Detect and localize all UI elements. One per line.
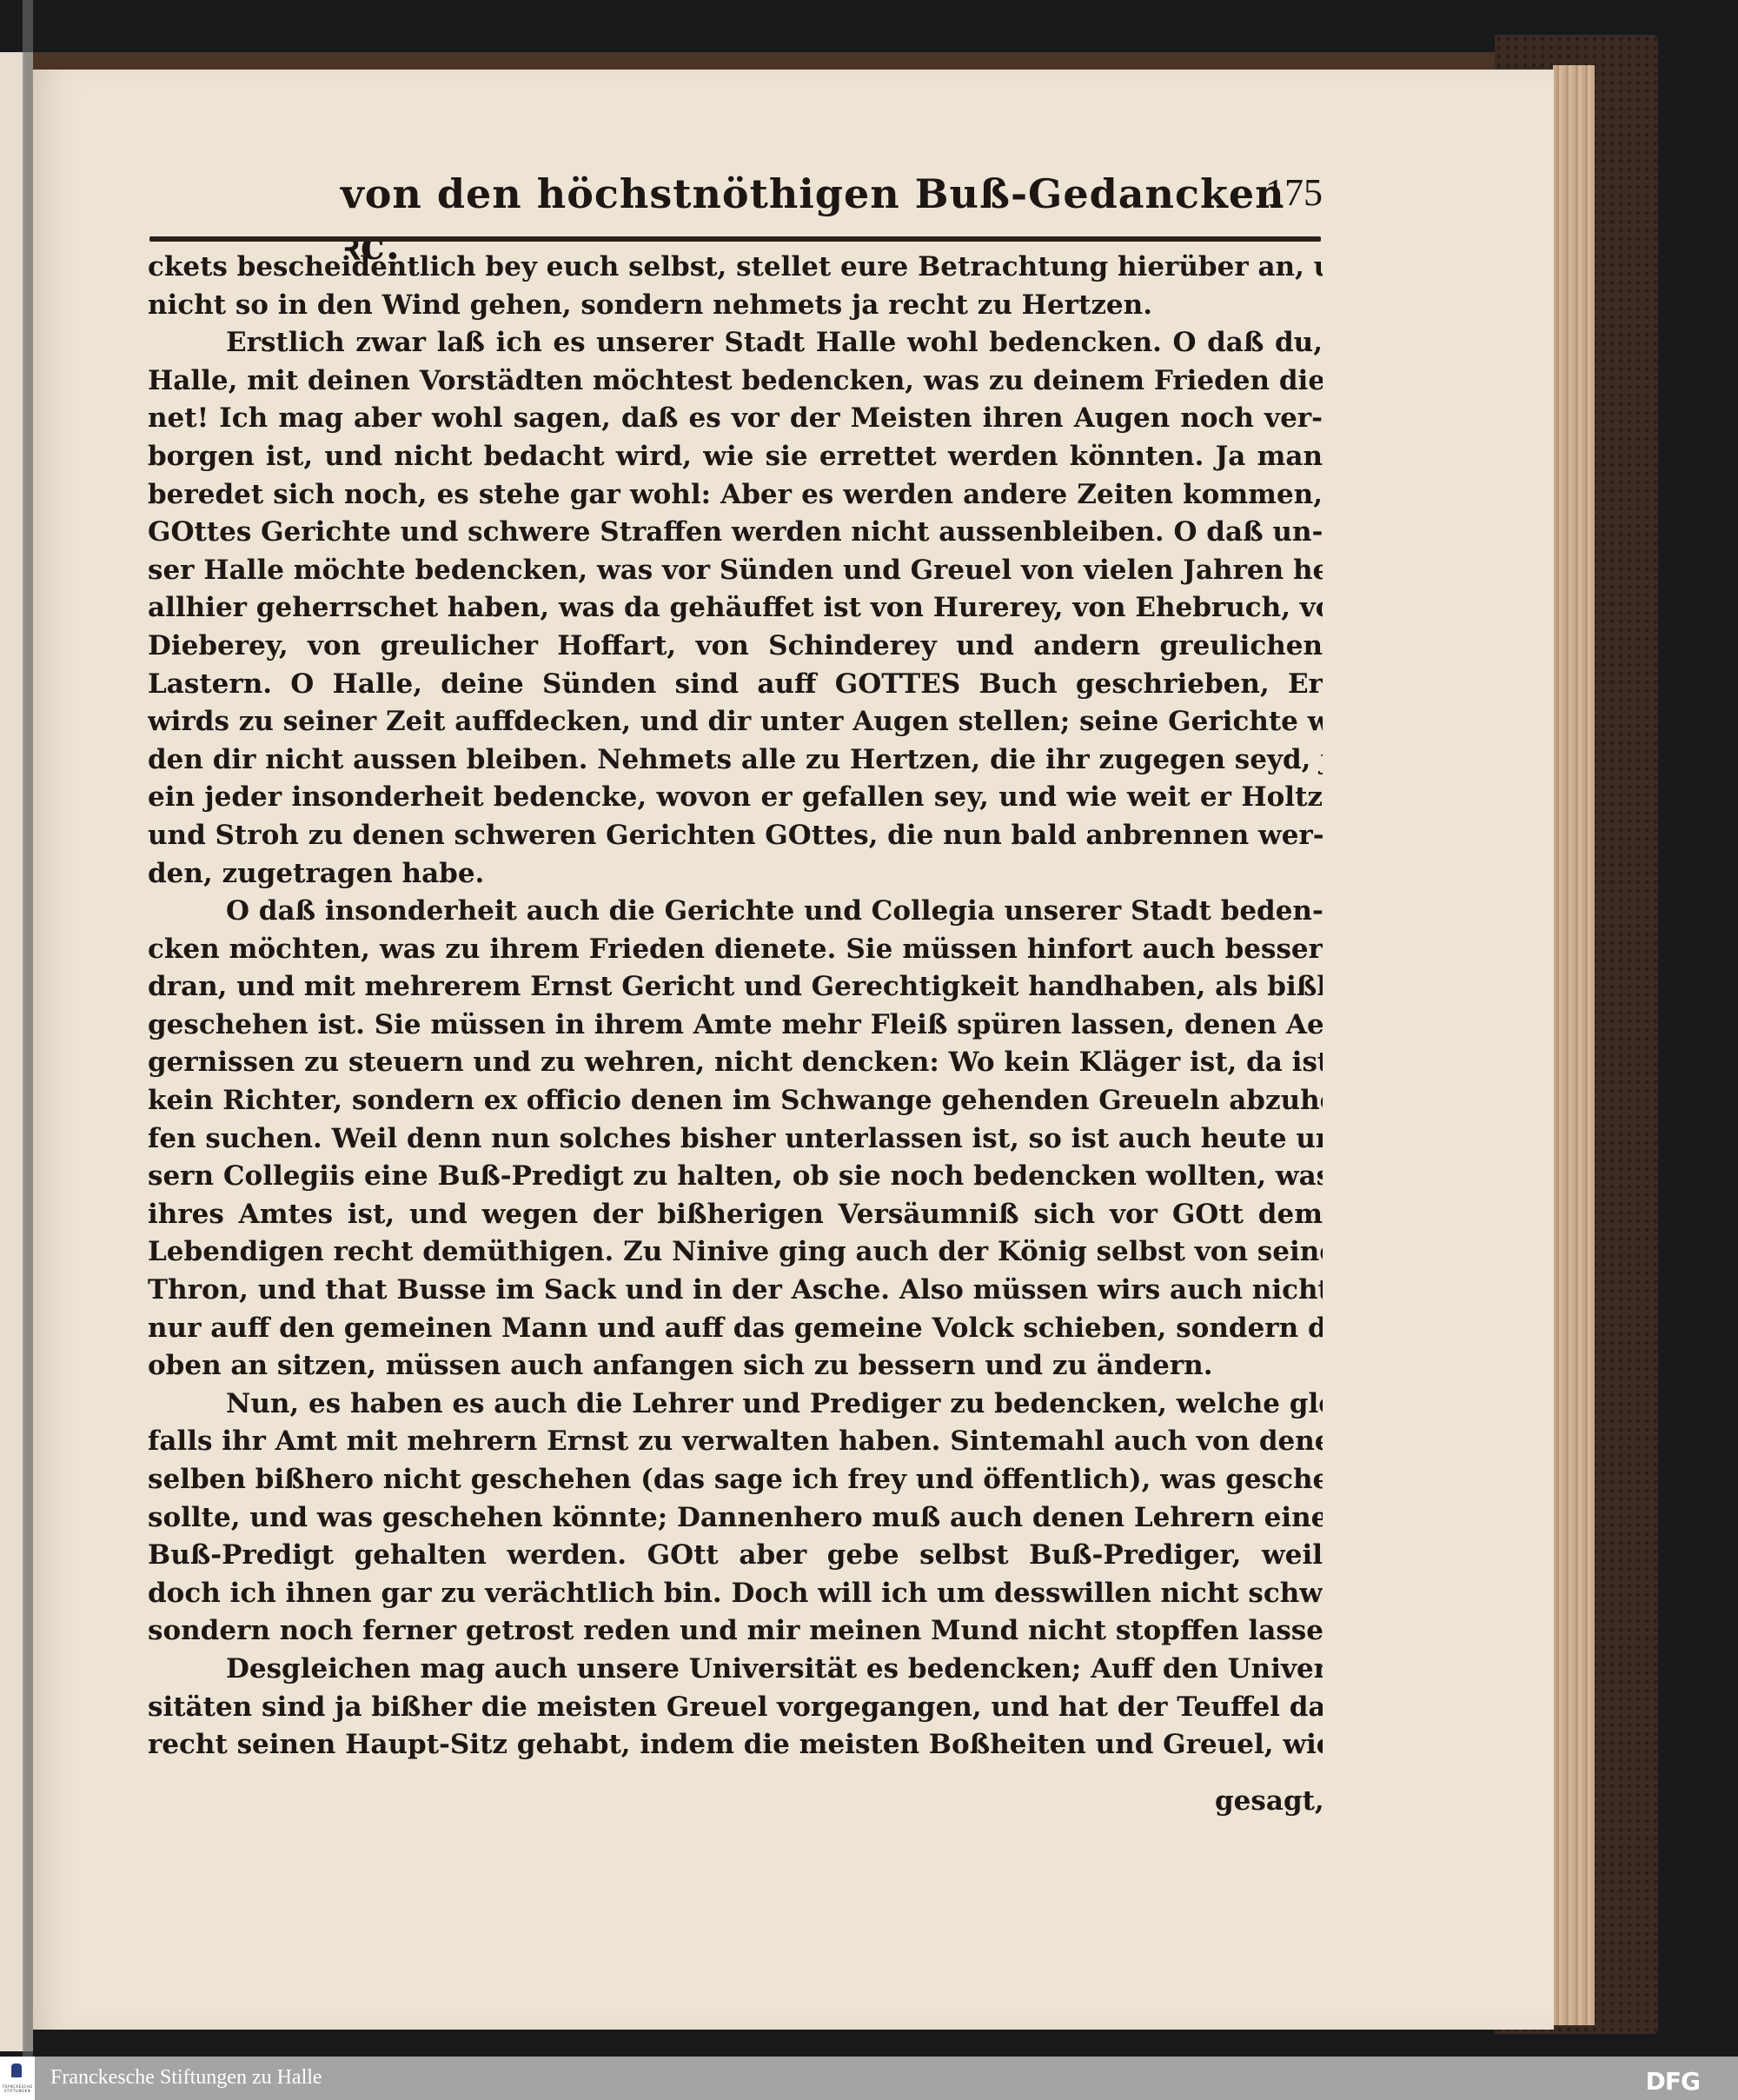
text-line: doch ich ihnen gar zu verächtlich bin. D… xyxy=(148,1575,1323,1613)
page-fore-edge xyxy=(1553,65,1595,2025)
header-rule xyxy=(149,236,1321,242)
text-line: falls ihr Amt mit mehrern Ernst zu verwa… xyxy=(148,1423,1323,1461)
text-line: selben bißhero nicht geschehen (das sage… xyxy=(148,1461,1323,1499)
text-line: Buß-Predigt gehalten werden. GOtt aber g… xyxy=(148,1537,1323,1575)
text-line: allhier geherrschet haben, was da gehäuf… xyxy=(148,589,1323,628)
text-line: nicht so in den Wind gehen, sondern nehm… xyxy=(148,287,1323,325)
text-line: beredet sich noch, es stehe gar wohl: Ab… xyxy=(148,476,1323,515)
text-line: wirds zu seiner Zeit auffdecken, und dir… xyxy=(148,703,1323,741)
page-header: von den höchstnöthigen Buß-Gedancken ꝛc.… xyxy=(306,170,1323,231)
text-line: recht seinen Haupt-Sitz gehabt, indem di… xyxy=(148,1726,1323,1764)
text-line: Thron, und that Busse im Sack und in der… xyxy=(148,1272,1323,1310)
text-line: oben an sitzen, müssen auch anfangen sic… xyxy=(148,1347,1323,1386)
text-line: Lastern. O Halle, deine Sünden sind auff… xyxy=(148,666,1323,704)
text-line: Lebendigen recht demüthigen. Zu Ninive g… xyxy=(148,1233,1323,1272)
text-line: ein jeder insonderheit bedencke, wovon e… xyxy=(148,779,1323,817)
text-line: den, zugetragen habe. xyxy=(148,855,1323,894)
text-line: Desgleichen mag auch unsere Universität … xyxy=(148,1651,1323,1689)
dfg-logo: DFG xyxy=(1646,2067,1700,2096)
text-line: nur auff den gemeinen Mann und auff das … xyxy=(148,1310,1323,1348)
text-line: sollte, und was geschehen könnte; Dannen… xyxy=(148,1499,1323,1538)
text-line: cken möchten, was zu ihrem Frieden diene… xyxy=(148,931,1323,969)
text-line: kein Richter, sondern ex officio denen i… xyxy=(148,1082,1323,1120)
footer-bar: FRANCKESCHE STIFTUNGEN Franckesche Stift… xyxy=(0,2057,1738,2100)
franckesche-stiftungen-logo: FRANCKESCHE STIFTUNGEN xyxy=(0,2057,35,2100)
text-line: ser Halle möchte bedencken, was vor Sünd… xyxy=(148,552,1323,590)
top-cover-edge xyxy=(33,52,1658,71)
text-line: ckets bescheidentlich bey euch selbst, s… xyxy=(148,249,1323,287)
catchword: gesagt, xyxy=(1215,1785,1324,1817)
text-line: Halle, mit deinen Vorstädten möchtest be… xyxy=(148,362,1323,401)
institution-name: Franckesche Stiftungen zu Halle xyxy=(50,2066,322,2090)
text-line: sern Collegiis eine Buß-Predigt zu halte… xyxy=(148,1158,1323,1196)
text-line: Nun, es haben es auch die Lehrer und Pre… xyxy=(148,1386,1323,1424)
text-line: GOttes Gerichte und schwere Straffen wer… xyxy=(148,514,1323,552)
figure-icon xyxy=(11,2063,22,2077)
text-line: und Stroh zu denen schweren Gerichten GO… xyxy=(148,817,1323,855)
gutter-strip xyxy=(23,0,33,2057)
text-line: sitäten sind ja bißher die meisten Greue… xyxy=(148,1689,1323,1727)
text-line: O daß insonderheit auch die Gerichte und… xyxy=(148,893,1323,931)
text-line: sondern noch ferner getrost reden und mi… xyxy=(148,1612,1323,1651)
text-line: borgen ist, und nicht bedacht wird, wie … xyxy=(148,438,1323,476)
body-text: ckets bescheidentlich bey euch selbst, s… xyxy=(148,249,1323,1764)
text-line: fen suchen. Weil denn nun solches bisher… xyxy=(148,1120,1323,1159)
text-line: gernissen zu steuern und zu wehren, nich… xyxy=(148,1044,1323,1082)
text-line: net! Ich mag aber wohl sagen, daß es vor… xyxy=(148,400,1323,438)
text-line: geschehen ist. Sie müssen in ihrem Amte … xyxy=(148,1007,1323,1045)
text-line: den dir nicht aussen bleiben. Nehmets al… xyxy=(148,741,1323,780)
text-line: dran, und mit mehrerem Ernst Gericht und… xyxy=(148,968,1323,1007)
page-number: 175 xyxy=(1265,170,1323,215)
text-line: Erstlich zwar laß ich es unserer Stadt H… xyxy=(148,324,1323,362)
logo-text: FRANCKESCHE STIFTUNGEN xyxy=(2,2084,33,2093)
text-line: Dieberey, von greulicher Hoffart, von Sc… xyxy=(148,628,1323,666)
text-line: ihres Amtes ist, und wegen der bißherige… xyxy=(148,1196,1323,1234)
